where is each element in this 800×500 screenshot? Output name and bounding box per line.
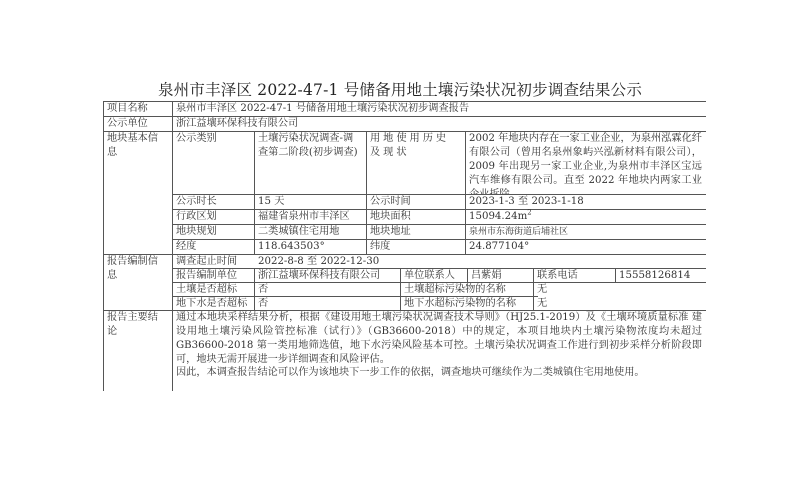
category-label: 公示类别	[172, 131, 254, 194]
groundwater-exceed-value: 否	[254, 296, 400, 310]
compiler-value: 浙江益壤环保科技有限公司	[254, 268, 400, 282]
latitude-label: 纬度	[366, 239, 465, 254]
site-info-section-label: 地块基本信息	[103, 131, 172, 254]
planning-value: 二类城镇住宅用地	[254, 224, 366, 239]
groundwater-pollutant-value: 无	[533, 296, 706, 310]
conclusion-paragraph-1: 通过本地块采样结果分析，根据《建设用地土壤污染状况调查技术导则》（HJ25.1-…	[172, 310, 706, 366]
survey-period-value: 2022-8-8 至 2022-12-30	[254, 254, 706, 268]
category-value: 土壤污染状况调查-调查第二阶段(初步调查)	[254, 131, 366, 194]
address-value: 泉州市东海街道后埔社区	[465, 224, 706, 239]
duration-label: 公示时长	[172, 194, 254, 209]
contact-value: 吕紫娟	[467, 268, 533, 282]
soil-pollutant-label: 土壤超标污染物的名称	[400, 282, 533, 296]
survey-period-label: 调查起止时间	[172, 254, 254, 268]
publisher-value: 浙江益壤环保科技有限公司	[172, 116, 706, 131]
project-name-label: 项目名称	[103, 101, 172, 116]
project-name-value: 泉州市丰泽区 2022-47-1 号储备用地土壤污染状况初步调查报告	[172, 101, 706, 116]
conclusion-label: 报告主要结论	[103, 310, 172, 390]
latitude-value: 24.877104°	[465, 239, 706, 254]
conclusion-paragraph-2: 因此，本调查报告结论可以作为该地块下一步工作的依据，调查地块可继续作为二类城镇住…	[172, 365, 706, 381]
district-label: 行政区划	[172, 209, 254, 224]
report-info-section-label: 报告编制信息	[103, 254, 172, 310]
soil-pollutant-value: 无	[533, 282, 706, 296]
period-value: 2023-1-3 至 2023-1-18	[465, 194, 706, 209]
soil-exceed-label: 土壤是否超标	[172, 282, 254, 296]
longitude-value: 118.643503°	[254, 239, 366, 254]
publisher-label: 公示单位	[103, 116, 172, 131]
history-value: 2002 年地块内存在一家工业企业，为泉州泓霖化纤有限公司（曾用名泉州象屿兴泓新…	[465, 131, 706, 194]
phone-label: 联系电话	[533, 268, 615, 282]
area-value: 15094.24m2	[465, 209, 706, 224]
area-unit-superscript: 2	[527, 209, 531, 217]
history-label: 用地使用历史及现状	[366, 131, 465, 194]
document-title: 泉州市丰泽区 2022-47-1 号储备用地土壤污染状况初步调查结果公示	[0, 78, 800, 100]
phone-value: 15558126814	[615, 268, 706, 282]
groundwater-exceed-label: 地下水是否超标	[172, 296, 254, 310]
address-label: 地块地址	[366, 224, 465, 239]
planning-label: 地块规划	[172, 224, 254, 239]
duration-value: 15 天	[254, 194, 366, 209]
compiler-label: 报告编制单位	[172, 268, 254, 282]
area-number: 15094.24m	[469, 211, 527, 222]
contact-label: 单位联系人	[400, 268, 467, 282]
area-label: 地块面积	[366, 209, 465, 224]
groundwater-pollutant-label: 地下水超标污染物的名称	[400, 296, 533, 310]
soil-exceed-value: 否	[254, 282, 400, 296]
period-label: 公示时间	[366, 194, 465, 209]
district-value: 福建省泉州市丰泽区	[254, 209, 366, 224]
longitude-label: 经度	[172, 239, 254, 254]
